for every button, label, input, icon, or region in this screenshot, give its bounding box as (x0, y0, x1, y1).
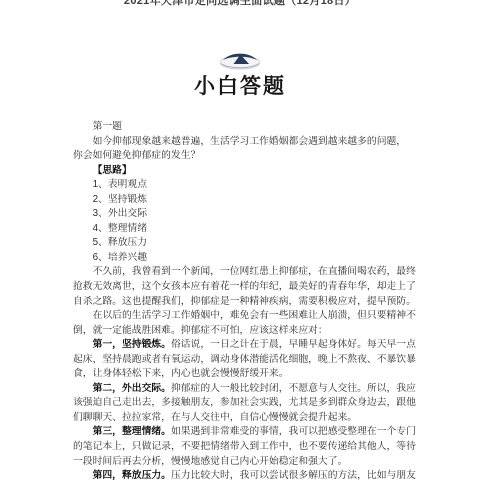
brand-title: 小白答题 (0, 76, 480, 98)
text-line: 第四，释放压力。压力比较大时，我可以尝试很多解压的方法，比如与朋友 (73, 469, 409, 480)
text-line: 2、坚持锻炼 (73, 193, 409, 208)
brand-banner: 小白答题 (0, 50, 480, 98)
text-line: 第一题 (73, 120, 409, 135)
text-line: 如今抑郁现象越来越普遍，生活学习工作婚姻都会遇到越来越多的问题， (73, 135, 409, 150)
text-line: 第二，外出交际。抑郁症的人一般比较封闭，不愿意与人交往。所以，我应 (73, 382, 409, 397)
text-line: 第三，整理情绪。如果遇到非常难受的事情，我可以把感受整理在一个专门 (73, 425, 409, 440)
page-title: 2021年天津市定向选调生面试题（12月18日） (0, 0, 480, 8)
text-line: 抢救无效离世，这个女孩本应有着花一样的年纪，最美好的青春年华，却走上了 (73, 280, 409, 295)
text-line: 6、培养兴趣 (73, 251, 409, 266)
text-line: 们聊聊天、拉拉家常，在与人交往中，自信心慢慢就会提升起来。 (73, 411, 409, 426)
text-line: 不久前，我曾看到一个新闻，一位网红患上抑郁症，在直播间喝农药，最终 (73, 265, 409, 280)
text-line: 的笔记本上，只做记录，不要把情绪带入到工作中，也不要传递给其他人，等待 (73, 440, 409, 455)
text-line: 该强迫自己走出去，多接触朋友，参加社会实践，尤其是多到群众身边去，跟他 (73, 396, 409, 411)
text-line: 3、外出交际 (73, 207, 409, 222)
document-body: 第一题如今抑郁现象越来越普遍，生活学习工作婚姻都会遇到越来越多的问题，你会如何避… (73, 120, 409, 480)
text-line: 倒，就一定能战胜困难。抑郁症不可怕，应该这样来应对： (73, 324, 409, 339)
text-line: 你会如何避免抑郁症的发生？ (73, 149, 409, 164)
text-line: 4、整理情绪 (73, 222, 409, 237)
eye-logo-icon (218, 50, 262, 70)
text-line: 【思路】 (73, 164, 409, 179)
text-line: 自杀之路。这也提醒我们，抑郁症是一种精神疾病，需要积极应对，提早预防。 (73, 295, 409, 310)
text-line: 5、释放压力 (73, 236, 409, 251)
text-line: 一段时间后再去分析，慢慢地感觉自己内心开始稳定和强大了。 (73, 455, 409, 470)
text-line: 起床，坚持晨跑或者有氧运动，调动身体潜能活化细胞，晚上不熬夜、不暴饮暴 (73, 353, 409, 368)
text-line: 食，让身体轻松下来，内心也就会慢慢舒缓开来。 (73, 367, 409, 382)
text-line: 在以后的生活学习工作婚姻中，难免会有一些困难让人崩溃，但只要精神不 (73, 309, 409, 324)
document-page: 2021年天津市定向选调生面试题（12月18日） 小白答题 第一题如今抑郁现象越… (0, 0, 480, 480)
text-line: 1、表明观点 (73, 178, 409, 193)
text-line: 第一，坚持锻炼。俗话说，一日之计在于晨，早睡早起身体好。每天早一点 (73, 338, 409, 353)
